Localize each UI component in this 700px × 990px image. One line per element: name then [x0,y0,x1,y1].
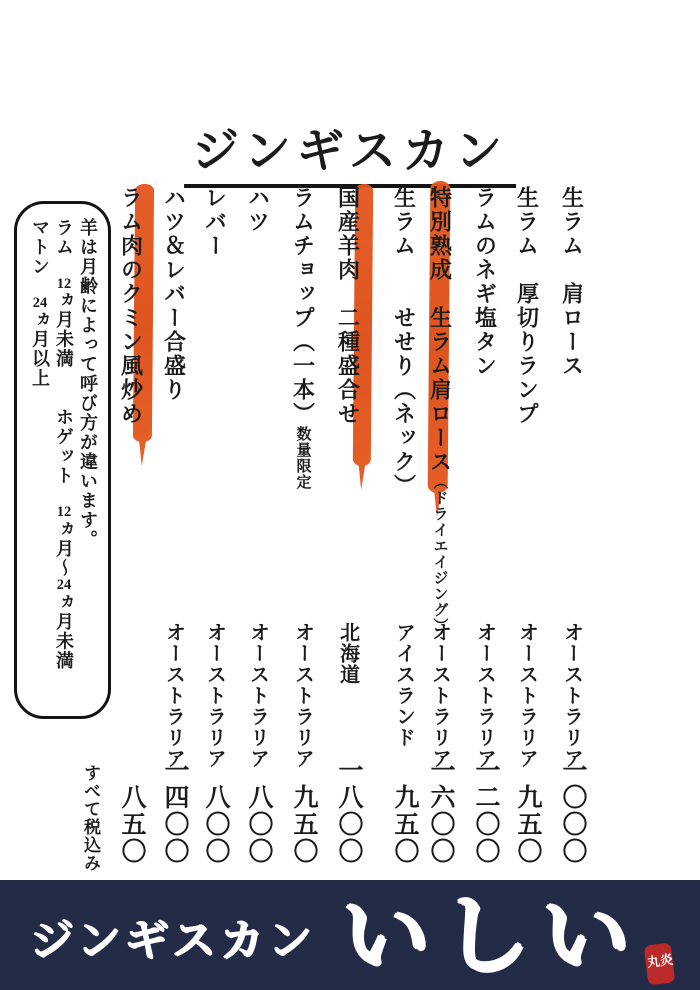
note-text: ヵ月～ [54,520,74,579]
item-name: ラム肉のクミン風炒め [116,186,147,806]
note-line-mutton: マトン 24ヵ月以上 [28,218,52,702]
tax-note: すべて税込み [78,764,103,872]
menu-item-col: 特別熟成 生ラム肩ロース（ドライエイジング） オーストラリア 一六〇〇 [422,186,458,865]
note-text: ラム [54,218,74,277]
item-price: 一四〇〇 [156,757,192,865]
item-price: 一六〇〇 [422,757,458,865]
age-number: 24 [32,296,48,310]
item-price: 八〇〇 [197,784,233,865]
item-name: 国産羊肉 二種盛合せ [333,186,364,806]
item-origin: オーストラリア [426,622,455,769]
note-text: マトン [30,218,50,296]
age-number: 24 [56,578,72,592]
menu-item-col: 国産羊肉 二種盛合せ 北海道 一八〇〇 [330,186,366,865]
item-origin: オーストラリア [513,622,542,769]
item-note: 数量限定 [295,426,311,490]
age-number: 12 [56,277,72,291]
note-text: ヵ月未満 ホゲット [54,291,74,506]
item-price: 九五〇 [386,784,422,865]
item-price: 一二〇〇 [467,757,503,865]
item-price: 八〇〇 [240,784,276,865]
menu-item-col: ハツ オーストラリア 八〇〇 [240,186,276,865]
menu-item-col: ラム肉のクミン風炒め 八五〇 [113,186,149,865]
item-origin: オーストラリア [244,622,273,769]
footer-banner: ジンギスカン いしい 炎丸 [0,880,700,990]
item-price: 一〇〇〇 [554,757,590,865]
item-name-text: 特別熟成 生ラム肩ロース [428,186,453,474]
menu-page: ジンギスカン 生ラム 肩ロース オーストラリア 一〇〇〇 生ラム 厚切りランプ … [0,0,700,990]
note-text: ヵ月未満 [54,593,74,671]
note-line-lamb-hogget: ラム 12ヵ月未満 ホゲット 12ヵ月～24ヵ月未満 [52,218,76,702]
menu-item-col: レバー オーストラリア 八〇〇 [197,186,233,865]
seal-text: 炎丸 [645,952,673,975]
item-origin: オーストラリア [289,622,318,769]
item-price: 八五〇 [113,784,149,865]
menu-item-col: ラムのネギ塩タン オーストラリア 一二〇〇 [467,186,503,865]
item-price: 一八〇〇 [330,757,366,865]
item-note: （ドライエイジング） [432,474,448,634]
item-origin: アイスランド [390,622,419,748]
note-text: 羊は月齢によって呼び方が違います。 [78,218,98,550]
menu-item-col: ハツ＆レバー合盛り オーストラリア 一四〇〇 [156,186,192,865]
page-title: ジンギスカン [184,114,516,188]
sheep-age-note-box: 羊は月齢によって呼び方が違います。 ラム 12ヵ月未満 ホゲット 12ヵ月～24… [14,201,111,719]
menu-item-col: 生ラム 厚切りランプ オーストラリア 九五〇 [509,186,545,865]
age-number: 12 [56,505,72,519]
menu-item-col: 生ラム 肩ロース オーストラリア 一〇〇〇 [554,186,590,865]
item-origin: オーストラリア [471,622,500,769]
item-origin: オーストラリア [201,622,230,769]
seal-logo: 炎丸 [644,943,676,986]
shop-type-logo: ジンギスカン [30,904,316,968]
item-origin: 北海道 [334,622,363,685]
item-price: 九五〇 [509,784,545,865]
item-origin: オーストラリア [558,622,587,769]
note-line-intro: 羊は月齢によって呼び方が違います。 [76,218,100,702]
note-text: ヵ月以上 [30,310,50,388]
item-origin: オーストラリア [160,622,189,769]
item-name-text: ラムチョップ（一本） [291,186,316,426]
menu-item-col: ラムチョップ（一本）数量限定 オーストラリア 九五〇 [285,186,321,865]
menu-item-col: 生ラム せせり（ネック） アイスランド 九五〇 [386,186,422,865]
item-price: 九五〇 [285,784,321,865]
shop-name-logo: いしい [342,866,642,990]
